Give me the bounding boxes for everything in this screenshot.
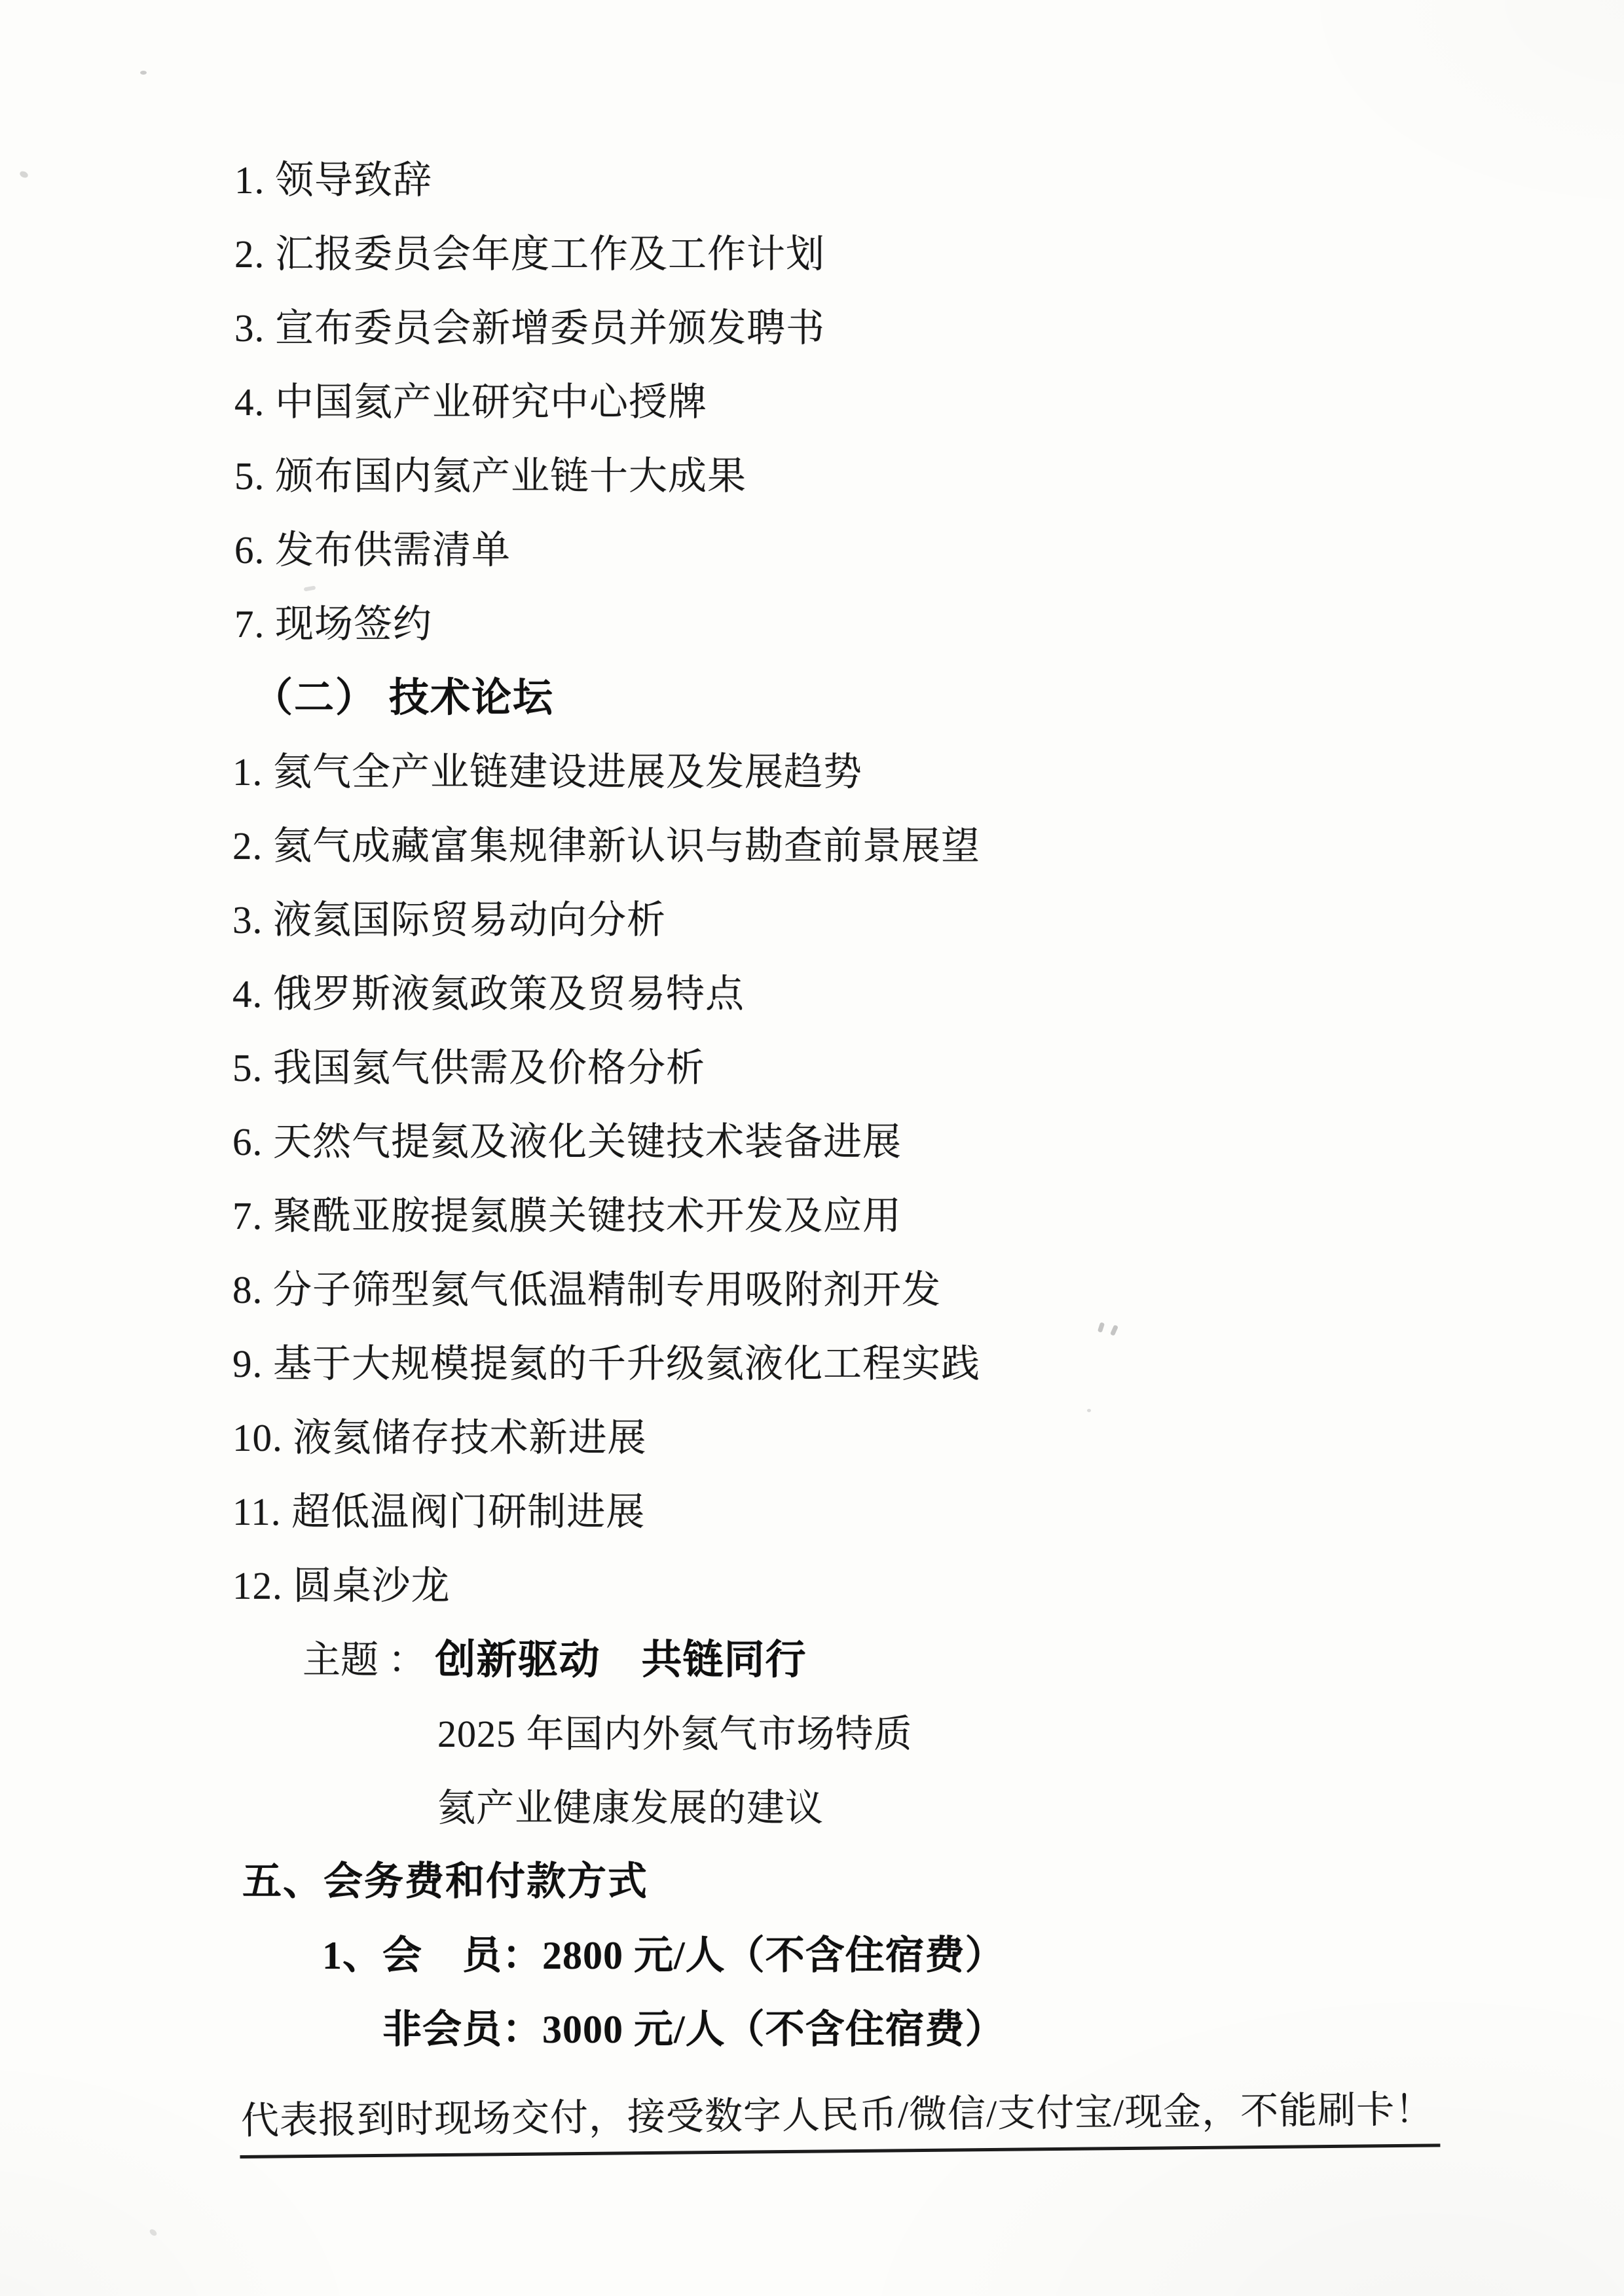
agenda-item: 10. 液氦储存技术新进展 bbox=[0, 1397, 1624, 1471]
fee-member-line: 1、会 员：2800 元/人（不含住宿费） bbox=[0, 1915, 1624, 1989]
agenda-item: 1. 氦气全产业链建设进展及发展趋势 bbox=[0, 731, 1624, 805]
roundtable-theme-line: 主题 ： 创新驱动 共链同行 bbox=[0, 1619, 1624, 1693]
fees-section-heading: 五、会务费和付款方式 bbox=[0, 1841, 1624, 1915]
agenda-item: 12. 圆桌沙龙 bbox=[0, 1545, 1624, 1619]
payment-note-row: 代表报到时现场交付，接受数字人民币/微信/支付宝/现金，不能刷卡！ bbox=[0, 2081, 1624, 2166]
agenda-item: 2. 氦气成藏富集规律新认识与勘查前景展望 bbox=[0, 805, 1624, 879]
scanned-document-page: 1. 领导致辞2. 汇报委员会年度工作及工作计划3. 宣布委员会新增委员并颁发聘… bbox=[0, 0, 1624, 2296]
agenda-item: 2. 汇报委员会年度工作及工作计划 bbox=[0, 213, 1624, 287]
agenda-item: 3. 宣布委员会新增委员并颁发聘书 bbox=[0, 287, 1624, 361]
agenda-item: 9. 基于大规模提氦的千升级氦液化工程实践 bbox=[0, 1323, 1624, 1397]
tech-forum-section-heading: （二） 技术论坛 bbox=[0, 657, 1624, 731]
agenda-item: 4. 中国氦产业研究中心授牌 bbox=[0, 361, 1624, 435]
document-content: 1. 领导致辞2. 汇报委员会年度工作及工作计划3. 宣布委员会新增委员并颁发聘… bbox=[0, 0, 1624, 2166]
agenda-item: 3. 液氦国际贸易动向分析 bbox=[0, 879, 1624, 953]
scan-speck bbox=[149, 2228, 158, 2237]
agenda-item: 11. 超低温阀门研制进展 bbox=[0, 1471, 1624, 1545]
agenda-item: 1. 领导致辞 bbox=[0, 139, 1624, 213]
opening-segment-list: 1. 领导致辞2. 汇报委员会年度工作及工作计划3. 宣布委员会新增委员并颁发聘… bbox=[0, 139, 1624, 657]
theme-subline-market: 2025 年国内外氦气市场特质 bbox=[0, 1693, 1624, 1767]
agenda-item: 8. 分子筛型氦气低温精制专用吸附剂开发 bbox=[0, 1249, 1624, 1323]
tech-forum-list: 1. 氦气全产业链建设进展及发展趋势2. 氦气成藏富集规律新认识与勘查前景展望3… bbox=[0, 731, 1624, 1619]
agenda-item: 7. 聚酰亚胺提氦膜关键技术开发及应用 bbox=[0, 1175, 1624, 1249]
payment-note-underlined: 代表报到时现场交付，接受数字人民币/微信/支付宝/现金，不能刷卡！ bbox=[239, 2078, 1440, 2159]
agenda-item: 5. 颁布国内氦产业链十大成果 bbox=[0, 435, 1624, 509]
agenda-item: 6. 天然气提氦及液化关键技术装备进展 bbox=[0, 1101, 1624, 1175]
agenda-item: 7. 现场签约 bbox=[0, 583, 1624, 657]
agenda-item: 6. 发布供需清单 bbox=[0, 509, 1624, 583]
theme-title: 创新驱动 共链同行 bbox=[435, 1627, 807, 1685]
agenda-item: 5. 我国氦气供需及价格分析 bbox=[0, 1027, 1624, 1101]
agenda-item: 4. 俄罗斯液氦政策及贸易特点 bbox=[0, 953, 1624, 1027]
theme-subline-suggestion: 氦产业健康发展的建议 bbox=[0, 1767, 1624, 1841]
theme-label: 主题 ： bbox=[303, 1629, 426, 1684]
fee-nonmember-line: 非会员：3000 元/人（不含住宿费） bbox=[0, 1989, 1624, 2063]
